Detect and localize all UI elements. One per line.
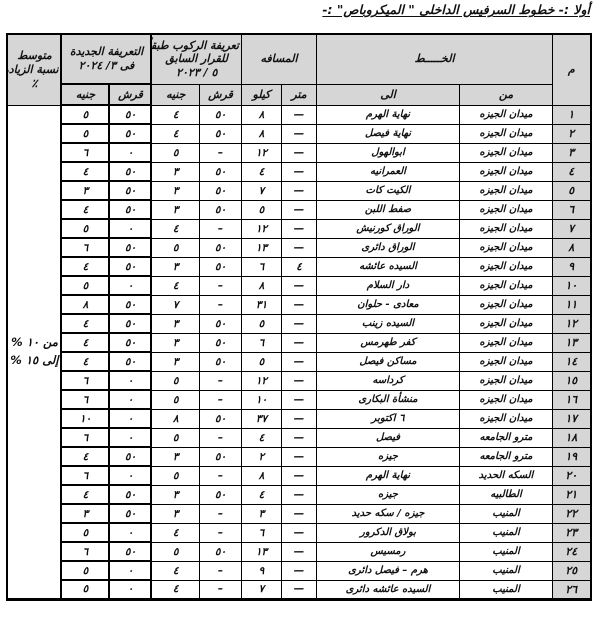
new-pound-cell: ٥ <box>61 276 109 295</box>
old-pound-cell: ٨ <box>151 409 199 428</box>
old-pound-cell: ٣ <box>151 162 199 181</box>
new-qirsh-cell: ٥٠ <box>109 314 151 333</box>
from-cell: ميدان الجيزه <box>460 371 553 390</box>
new-pound-cell: ٤ <box>61 257 109 276</box>
old-qirsh-cell: ٥٠ <box>199 447 241 466</box>
from-cell: ميدان الجيزه <box>460 390 553 409</box>
table-row: ١٠ميدان الجيزهدار السلام—٨–٤٠٥ <box>7 276 590 295</box>
table-row: ٩ميدان الجيزهالسيده عائشه٤٦٥٠٣٥٠٤ <box>7 257 590 276</box>
row-number-cell: ٤ <box>553 162 591 181</box>
subheader-new-pound: جنيه <box>61 84 109 105</box>
new-pound-cell: ٤ <box>61 485 109 504</box>
meter-cell: — <box>281 504 316 523</box>
meter-cell: — <box>281 561 316 580</box>
new-pound-cell: ١٠ <box>61 409 109 428</box>
table-body: ١ميدان الجيزهنهاية الهرم—٨٥٠٤٥٠٥من ١٠ %إ… <box>7 105 590 599</box>
new-qirsh-cell: ٥٠ <box>109 485 151 504</box>
new-qirsh-cell: ٥٠ <box>109 295 151 314</box>
kilo-cell: ٦ <box>241 333 281 352</box>
row-number-cell: ٢٥ <box>553 561 591 580</box>
old-qirsh-cell: – <box>199 295 241 314</box>
header-average-line1: متوسط <box>10 49 58 63</box>
kilo-cell: ٤ <box>241 428 281 447</box>
to-cell: صفط اللبن <box>316 200 459 219</box>
kilo-cell: ٧ <box>241 580 281 599</box>
old-qirsh-cell: – <box>199 504 241 523</box>
row-number-cell: ١٠ <box>553 276 591 295</box>
table-row: ١٧ميدان الجيزه٦ اكتوبر—٣٧٥٠٨٠١٠ <box>7 409 590 428</box>
row-number-cell: ٢١ <box>553 485 591 504</box>
old-qirsh-cell: – <box>199 466 241 485</box>
kilo-cell: ٨ <box>241 466 281 485</box>
to-cell: كرداسه <box>316 371 459 390</box>
meter-cell: — <box>281 447 316 466</box>
subheader-to: الى <box>316 84 459 105</box>
page-title-text: أولا :- خطوط السرفيس الداخلى " الميكروبا… <box>322 2 590 17</box>
old-pound-cell: ٣ <box>151 200 199 219</box>
from-cell: ميدان الجيزه <box>460 200 553 219</box>
to-cell: مساكن فيصل <box>316 352 459 371</box>
new-pound-cell: ٤ <box>61 162 109 181</box>
from-cell: ميدان الجيزه <box>460 409 553 428</box>
meter-cell: — <box>281 143 316 162</box>
from-cell: ميدان الجيزه <box>460 314 553 333</box>
row-number-cell: ١٨ <box>553 428 591 447</box>
new-qirsh-cell: ٥٠ <box>109 105 151 124</box>
new-pound-cell: ٤ <box>61 333 109 352</box>
table-row: ٤ميدان الجيزهالعمرانيه—٤٥٠٣٥٠٤ <box>7 162 590 181</box>
from-cell: المنيب <box>460 561 553 580</box>
to-cell: كفر طهرمس <box>316 333 459 352</box>
kilo-cell: ١٣ <box>241 542 281 561</box>
table-row: ٨ميدان الجيزهالوراق دائرى—١٣٥٠٥٥٠٦ <box>7 238 590 257</box>
old-pound-cell: ٤ <box>151 124 199 143</box>
kilo-cell: ١٢ <box>241 371 281 390</box>
old-qirsh-cell: – <box>199 143 241 162</box>
new-pound-cell: ٣ <box>61 181 109 200</box>
from-cell: المنيب <box>460 542 553 561</box>
new-qirsh-cell: ٠ <box>109 523 151 542</box>
table-row: ٥ميدان الجيزهالكيت كات—٧٥٠٣٥٠٣ <box>7 181 590 200</box>
meter-cell: — <box>281 409 316 428</box>
row-number-cell: ٢٠ <box>553 466 591 485</box>
kilo-cell: ٤ <box>241 485 281 504</box>
header-row-main: م الخـــــط المسافه تعريفة الركوب طبقاً … <box>7 34 590 84</box>
new-qirsh-cell: ٥٠ <box>109 333 151 352</box>
kilo-cell: ٥ <box>241 200 281 219</box>
row-number-cell: ٥ <box>553 181 591 200</box>
new-qirsh-cell: ٥٠ <box>109 238 151 257</box>
subheader-from: من <box>460 84 553 105</box>
new-qirsh-cell: ٥٠ <box>109 200 151 219</box>
document-page: أولا :- خطوط السرفيس الداخلى " الميكروبا… <box>0 0 598 624</box>
header-new-tariff-line2: فى ٣/ ٢٠٢٤ <box>64 59 148 73</box>
new-pound-cell: ٤ <box>61 314 109 333</box>
from-cell: ميدان الجيزه <box>460 238 553 257</box>
kilo-cell: ٥ <box>241 314 281 333</box>
header-old-tariff-line1: تعريفة الركوب طبقاً <box>154 39 239 53</box>
meter-cell: — <box>281 371 316 390</box>
old-qirsh-cell: ٥٠ <box>199 409 241 428</box>
to-cell: فيصل <box>316 428 459 447</box>
new-pound-cell: ٦ <box>61 428 109 447</box>
kilo-cell: ٧ <box>241 181 281 200</box>
table-row: ٢٤المنيبرمسيس—١٣٥٠٥٥٠٦ <box>7 542 590 561</box>
header-average-increase: متوسط نسبة الزياده ٪ <box>7 34 61 105</box>
from-cell: ميدان الجيزه <box>460 162 553 181</box>
old-pound-cell: ٤ <box>151 219 199 238</box>
kilo-cell: ٤ <box>241 162 281 181</box>
subheader-kilo: كيلو <box>241 84 281 105</box>
from-cell: المنيب <box>460 523 553 542</box>
old-qirsh-cell: ٥٠ <box>199 542 241 561</box>
kilo-cell: ٦ <box>241 257 281 276</box>
old-pound-cell: ٧ <box>151 295 199 314</box>
meter-cell: — <box>281 105 316 124</box>
to-cell: معادى - حلوان <box>316 295 459 314</box>
meter-cell: ٤ <box>281 257 316 276</box>
table-row: ٢١الطالبيهجيزه—٤٥٠٣٥٠٤ <box>7 485 590 504</box>
new-qirsh-cell: ٥٠ <box>109 542 151 561</box>
row-number-cell: ٩ <box>553 257 591 276</box>
from-cell: المنيب <box>460 580 553 599</box>
old-qirsh-cell: – <box>199 523 241 542</box>
row-number-cell: ١١ <box>553 295 591 314</box>
old-pound-cell: ٣ <box>151 352 199 371</box>
old-pound-cell: ٤ <box>151 561 199 580</box>
subheader-old-qirsh: قرش <box>199 84 241 105</box>
row-number-cell: ٢٤ <box>553 542 591 561</box>
new-qirsh-cell: ٠ <box>109 580 151 599</box>
meter-cell: — <box>281 580 316 599</box>
new-qirsh-cell: ٠ <box>109 219 151 238</box>
from-cell: ميدان الجيزه <box>460 333 553 352</box>
meter-cell: — <box>281 162 316 181</box>
new-pound-cell: ٥ <box>61 561 109 580</box>
old-qirsh-cell: ٥٠ <box>199 352 241 371</box>
meter-cell: — <box>281 219 316 238</box>
from-cell: السكه الحديد <box>460 466 553 485</box>
meter-cell: — <box>281 523 316 542</box>
row-number-cell: ١٣ <box>553 333 591 352</box>
kilo-cell: ٨ <box>241 105 281 124</box>
table-row: ٧ميدان الجيزهالوراق كورنيش—١٢–٤٠٥ <box>7 219 590 238</box>
from-cell: ميدان الجيزه <box>460 124 553 143</box>
old-pound-cell: ٣ <box>151 333 199 352</box>
increase-average-cell: من ١٠ %إلى ١٥ % <box>7 105 61 599</box>
new-qirsh-cell: ٠ <box>109 371 151 390</box>
table-row: ١٣ميدان الجيزهكفر طهرمس—٦٥٠٣٥٠٤ <box>7 333 590 352</box>
table-row: ١٩مترو الجامعهجيزه—٢٥٠٣٥٠٤ <box>7 447 590 466</box>
new-pound-cell: ٤ <box>61 352 109 371</box>
header-line: الخـــــط <box>316 34 552 84</box>
new-pound-cell: ٥ <box>61 105 109 124</box>
new-pound-cell: ٦ <box>61 390 109 409</box>
to-cell: العمرانيه <box>316 162 459 181</box>
table-row: ١٤ميدان الجيزهمساكن فيصل—٥٥٠٣٥٠٤ <box>7 352 590 371</box>
table-row: ٢٦المنيبالسيده عائشه دائرى—٧–٤٠٥ <box>7 580 590 599</box>
to-cell: السيده عائشه دائرى <box>316 580 459 599</box>
new-pound-cell: ٣ <box>61 504 109 523</box>
meter-cell: — <box>281 390 316 409</box>
row-number-cell: ١٩ <box>553 447 591 466</box>
old-qirsh-cell: ٥٠ <box>199 200 241 219</box>
meter-cell: — <box>281 200 316 219</box>
old-qirsh-cell: ٥٠ <box>199 124 241 143</box>
to-cell: ابوالهول <box>316 143 459 162</box>
old-qirsh-cell: ٥٠ <box>199 333 241 352</box>
meter-cell: — <box>281 542 316 561</box>
meter-cell: — <box>281 238 316 257</box>
old-pound-cell: ٥ <box>151 542 199 561</box>
new-qirsh-cell: ٥٠ <box>109 162 151 181</box>
to-cell: جيزه / سكه حديد <box>316 504 459 523</box>
meter-cell: — <box>281 333 316 352</box>
from-cell: مترو الجامعه <box>460 428 553 447</box>
header-old-tariff-line3: ٥ / ٢٠٢٣ <box>154 66 239 80</box>
to-cell: جيزه <box>316 485 459 504</box>
old-pound-cell: ٣ <box>151 504 199 523</box>
kilo-cell: ١٢ <box>241 219 281 238</box>
kilo-cell: ٢ <box>241 447 281 466</box>
table-header: م الخـــــط المسافه تعريفة الركوب طبقاً … <box>7 34 590 105</box>
old-qirsh-cell: – <box>199 561 241 580</box>
kilo-cell: ٣ <box>241 504 281 523</box>
meter-cell: — <box>281 295 316 314</box>
kilo-cell: ٨ <box>241 124 281 143</box>
row-number-cell: ٧ <box>553 219 591 238</box>
row-number-cell: ١٢ <box>553 314 591 333</box>
header-row-sub: من الى متر كيلو قرش جنيه قرش جنيه <box>7 84 590 105</box>
from-cell: ميدان الجيزه <box>460 105 553 124</box>
header-number: م <box>553 34 591 105</box>
table-row: ١٥ميدان الجيزهكرداسه—١٢–٥٠٦ <box>7 371 590 390</box>
table-row: ١٢ميدان الجيزهالسيده زينب—٥٥٠٣٥٠٤ <box>7 314 590 333</box>
new-pound-cell: ٥ <box>61 523 109 542</box>
row-number-cell: ٢٢ <box>553 504 591 523</box>
to-cell: الكيت كات <box>316 181 459 200</box>
to-cell: ٦ اكتوبر <box>316 409 459 428</box>
new-qirsh-cell: ٥٠ <box>109 504 151 523</box>
header-new-tariff: التعريفة الجديدة فى ٣/ ٢٠٢٤ <box>61 34 151 84</box>
old-qirsh-cell: ٥٠ <box>199 314 241 333</box>
new-qirsh-cell: ٥٠ <box>109 257 151 276</box>
kilo-cell: ٣١ <box>241 295 281 314</box>
new-qirsh-cell: ٠ <box>109 409 151 428</box>
row-number-cell: ٢ <box>553 124 591 143</box>
meter-cell: — <box>281 466 316 485</box>
new-pound-cell: ٦ <box>61 466 109 485</box>
from-cell: ميدان الجيزه <box>460 295 553 314</box>
table-row: ١٨مترو الجامعهفيصل—٤–٥٠٦ <box>7 428 590 447</box>
new-qirsh-cell: ٠ <box>109 428 151 447</box>
new-qirsh-cell: ٠ <box>109 466 151 485</box>
kilo-cell: ١٣ <box>241 238 281 257</box>
kilo-cell: ٣٧ <box>241 409 281 428</box>
old-pound-cell: ٥ <box>151 428 199 447</box>
table-row: ٢٢المنيبجيزه / سكه حديد—٣–٣٥٠٣ <box>7 504 590 523</box>
table-row: ٦ميدان الجيزهصفط اللبن—٥٥٠٣٥٠٤ <box>7 200 590 219</box>
from-cell: الطالبيه <box>460 485 553 504</box>
to-cell: منشأة البكارى <box>316 390 459 409</box>
from-cell: المنيب <box>460 504 553 523</box>
new-pound-cell: ٤ <box>61 447 109 466</box>
row-number-cell: ١٥ <box>553 371 591 390</box>
new-pound-cell: ٨ <box>61 295 109 314</box>
new-pound-cell: ٤ <box>61 200 109 219</box>
new-pound-cell: ٦ <box>61 371 109 390</box>
new-pound-cell: ٥ <box>61 219 109 238</box>
to-cell: الوراق كورنيش <box>316 219 459 238</box>
old-pound-cell: ٤ <box>151 580 199 599</box>
old-pound-cell: ٥ <box>151 371 199 390</box>
meter-cell: — <box>281 276 316 295</box>
old-qirsh-cell: ٥٠ <box>199 238 241 257</box>
old-pound-cell: ٣ <box>151 181 199 200</box>
old-qirsh-cell: – <box>199 371 241 390</box>
to-cell: بولاق الدكرور <box>316 523 459 542</box>
to-cell: نهاية فيصل <box>316 124 459 143</box>
header-old-tariff-line2: للقرار السابق <box>154 52 239 66</box>
old-qirsh-cell: – <box>199 580 241 599</box>
row-number-cell: ٨ <box>553 238 591 257</box>
new-qirsh-cell: ٥٠ <box>109 124 151 143</box>
header-new-tariff-line1: التعريفة الجديدة <box>64 45 148 59</box>
to-cell: نهاية الهرم <box>316 105 459 124</box>
new-pound-cell: ٦ <box>61 143 109 162</box>
kilo-cell: ٦ <box>241 523 281 542</box>
old-qirsh-cell: ٥٠ <box>199 181 241 200</box>
from-cell: ميدان الجيزه <box>460 181 553 200</box>
page-title: أولا :- خطوط السرفيس الداخلى " الميكروبا… <box>0 0 598 17</box>
header-average-line2: نسبة الزياده <box>10 63 58 77</box>
subheader-meter: متر <box>281 84 316 105</box>
old-pound-cell: ٣ <box>151 314 199 333</box>
new-qirsh-cell: ٥٠ <box>109 181 151 200</box>
header-old-tariff: تعريفة الركوب طبقاً للقرار السابق ٥ / ٢٠… <box>151 34 241 84</box>
old-pound-cell: ٣ <box>151 485 199 504</box>
table-row: ٢٥المنيبهرم – فيصل دائرى—٩–٤٠٥ <box>7 561 590 580</box>
to-cell: نهاية الهرم <box>316 466 459 485</box>
old-qirsh-cell: ٥٠ <box>199 257 241 276</box>
increase-average-line: من ١٠ % <box>10 334 58 351</box>
to-cell: السيده زينب <box>316 314 459 333</box>
new-qirsh-cell: ٠ <box>109 143 151 162</box>
old-pound-cell: ٥ <box>151 390 199 409</box>
meter-cell: — <box>281 352 316 371</box>
from-cell: ميدان الجيزه <box>460 143 553 162</box>
header-average-line3: ٪ <box>10 77 58 91</box>
row-number-cell: ٢٣ <box>553 523 591 542</box>
to-cell: الوراق دائرى <box>316 238 459 257</box>
table-row: ٢٠السكه الحديدنهاية الهرم—٨–٥٠٦ <box>7 466 590 485</box>
old-pound-cell: ٥ <box>151 466 199 485</box>
row-number-cell: ١ <box>553 105 591 124</box>
kilo-cell: ١٠ <box>241 390 281 409</box>
table-row: ٣ميدان الجيزهابوالهول—١٢–٥٠٦ <box>7 143 590 162</box>
tariff-table: م الخـــــط المسافه تعريفة الركوب طبقاً … <box>6 33 591 601</box>
from-cell: ميدان الجيزه <box>460 257 553 276</box>
row-number-cell: ١٧ <box>553 409 591 428</box>
meter-cell: — <box>281 181 316 200</box>
new-qirsh-cell: ٠ <box>109 276 151 295</box>
meter-cell: — <box>281 124 316 143</box>
row-number-cell: ٣ <box>553 143 591 162</box>
from-cell: مترو الجامعه <box>460 447 553 466</box>
new-qirsh-cell: ٠ <box>109 390 151 409</box>
table-row: ١١ميدان الجيزهمعادى - حلوان—٣١–٧٥٠٨ <box>7 295 590 314</box>
old-pound-cell: ٣ <box>151 447 199 466</box>
to-cell: دار السلام <box>316 276 459 295</box>
header-distance: المسافه <box>241 34 316 84</box>
kilo-cell: ١٢ <box>241 143 281 162</box>
subheader-old-pound: جنيه <box>151 84 199 105</box>
old-qirsh-cell: ٥٠ <box>199 162 241 181</box>
increase-average-line: إلى ١٥ % <box>10 352 58 369</box>
from-cell: ميدان الجيزه <box>460 219 553 238</box>
row-number-cell: ١٦ <box>553 390 591 409</box>
table-row: ٢ميدان الجيزهنهاية فيصل—٨٥٠٤٥٠٥ <box>7 124 590 143</box>
new-pound-cell: ٦ <box>61 238 109 257</box>
meter-cell: — <box>281 314 316 333</box>
row-number-cell: ٦ <box>553 200 591 219</box>
to-cell: هرم – فيصل دائرى <box>316 561 459 580</box>
old-pound-cell: ٤ <box>151 105 199 124</box>
from-cell: ميدان الجيزه <box>460 276 553 295</box>
new-pound-cell: ٦ <box>61 542 109 561</box>
old-pound-cell: ٤ <box>151 276 199 295</box>
row-number-cell: ٢٦ <box>553 580 591 599</box>
old-qirsh-cell: ٥٠ <box>199 485 241 504</box>
table-row: ١٦ميدان الجيزهمنشأة البكارى—١٠–٥٠٦ <box>7 390 590 409</box>
old-pound-cell: ٥ <box>151 238 199 257</box>
new-qirsh-cell: ٠ <box>109 561 151 580</box>
old-qirsh-cell: ٥٠ <box>199 105 241 124</box>
kilo-cell: ٥ <box>241 352 281 371</box>
new-qirsh-cell: ٥٠ <box>109 352 151 371</box>
to-cell: جيزه <box>316 447 459 466</box>
new-pound-cell: ٥ <box>61 580 109 599</box>
old-qirsh-cell: – <box>199 390 241 409</box>
table-row: ١ميدان الجيزهنهاية الهرم—٨٥٠٤٥٠٥من ١٠ %إ… <box>7 105 590 124</box>
old-pound-cell: ٤ <box>151 523 199 542</box>
kilo-cell: ٩ <box>241 561 281 580</box>
to-cell: السيده عائشه <box>316 257 459 276</box>
meter-cell: — <box>281 485 316 504</box>
table-row: ٢٣المنيببولاق الدكرور—٦–٤٠٥ <box>7 523 590 542</box>
old-pound-cell: ٣ <box>151 257 199 276</box>
meter-cell: — <box>281 428 316 447</box>
subheader-new-qirsh: قرش <box>109 84 151 105</box>
old-qirsh-cell: – <box>199 219 241 238</box>
to-cell: رمسيس <box>316 542 459 561</box>
from-cell: ميدان الجيزه <box>460 352 553 371</box>
kilo-cell: ٨ <box>241 276 281 295</box>
old-pound-cell: ٥ <box>151 143 199 162</box>
row-number-cell: ١٤ <box>553 352 591 371</box>
old-qirsh-cell: – <box>199 276 241 295</box>
old-qirsh-cell: – <box>199 428 241 447</box>
new-pound-cell: ٥ <box>61 124 109 143</box>
new-qirsh-cell: ٥٠ <box>109 447 151 466</box>
